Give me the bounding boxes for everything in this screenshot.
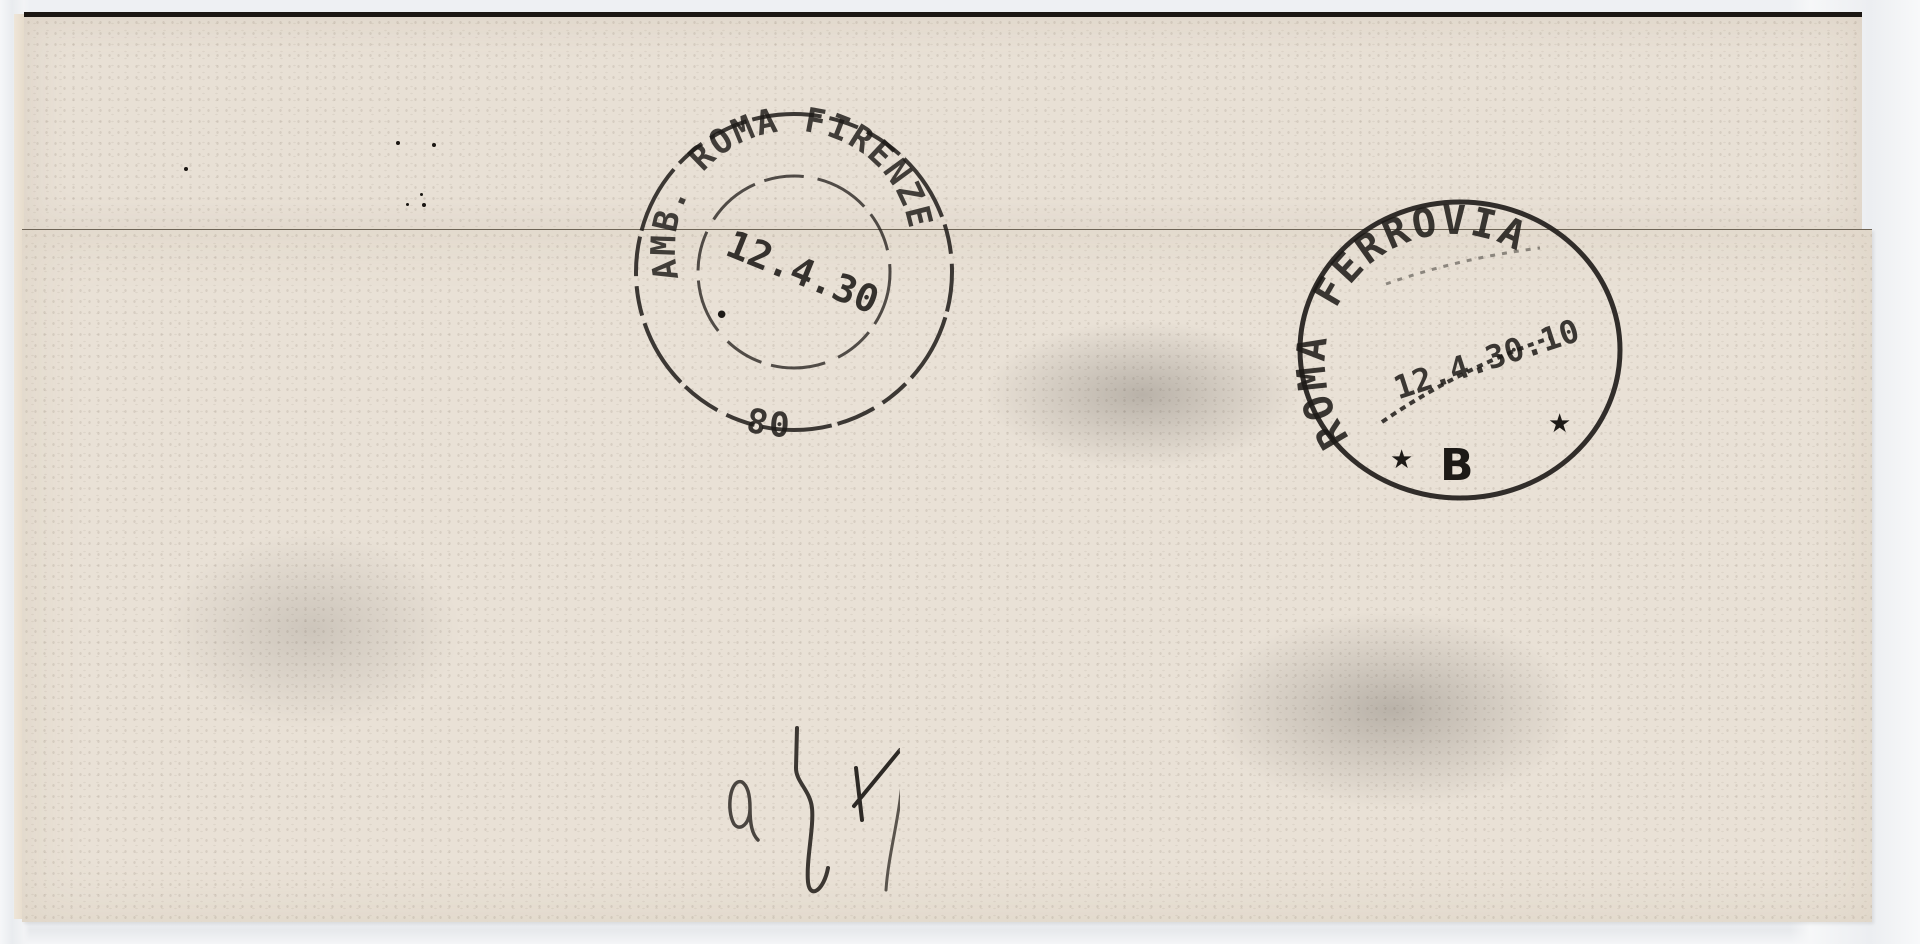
postmark-right: ROMA FERROVIA 12.4.30.10 B ★ ★ [1290,188,1630,528]
ink-speck [396,141,400,145]
svg-text:ROMA FERROVIA: ROMA FERROVIA [1288,198,1535,457]
postmark-right-outer-text: ROMA FERROVIA [1288,198,1535,457]
postmark-right-date: 12.4.30.10 [1389,311,1584,407]
pencil-notation: a 2 x7 [700,700,900,900]
ink-offset-smudge [162,530,462,730]
postmark-left-date: 12.4.30 [720,222,885,323]
postmark-right-star: ★ [1390,445,1413,475]
postmark-left: AMB. ROMA FIRENZE MILANO 08 • 12.4.30 [626,96,966,436]
ink-speck [406,203,409,206]
ink-speck [184,167,188,171]
postmark-right-star: ★ [1548,409,1571,439]
postmark-right-letter: B [1440,440,1474,491]
ink-speck [422,203,426,207]
handwriting-glyphs [700,700,900,900]
postmark-left-dot: • [714,301,729,331]
ink-speck [432,143,436,147]
ink-speck [420,193,423,196]
ink-offset-smudge [1202,610,1582,810]
ink-offset-smudge [982,320,1302,470]
